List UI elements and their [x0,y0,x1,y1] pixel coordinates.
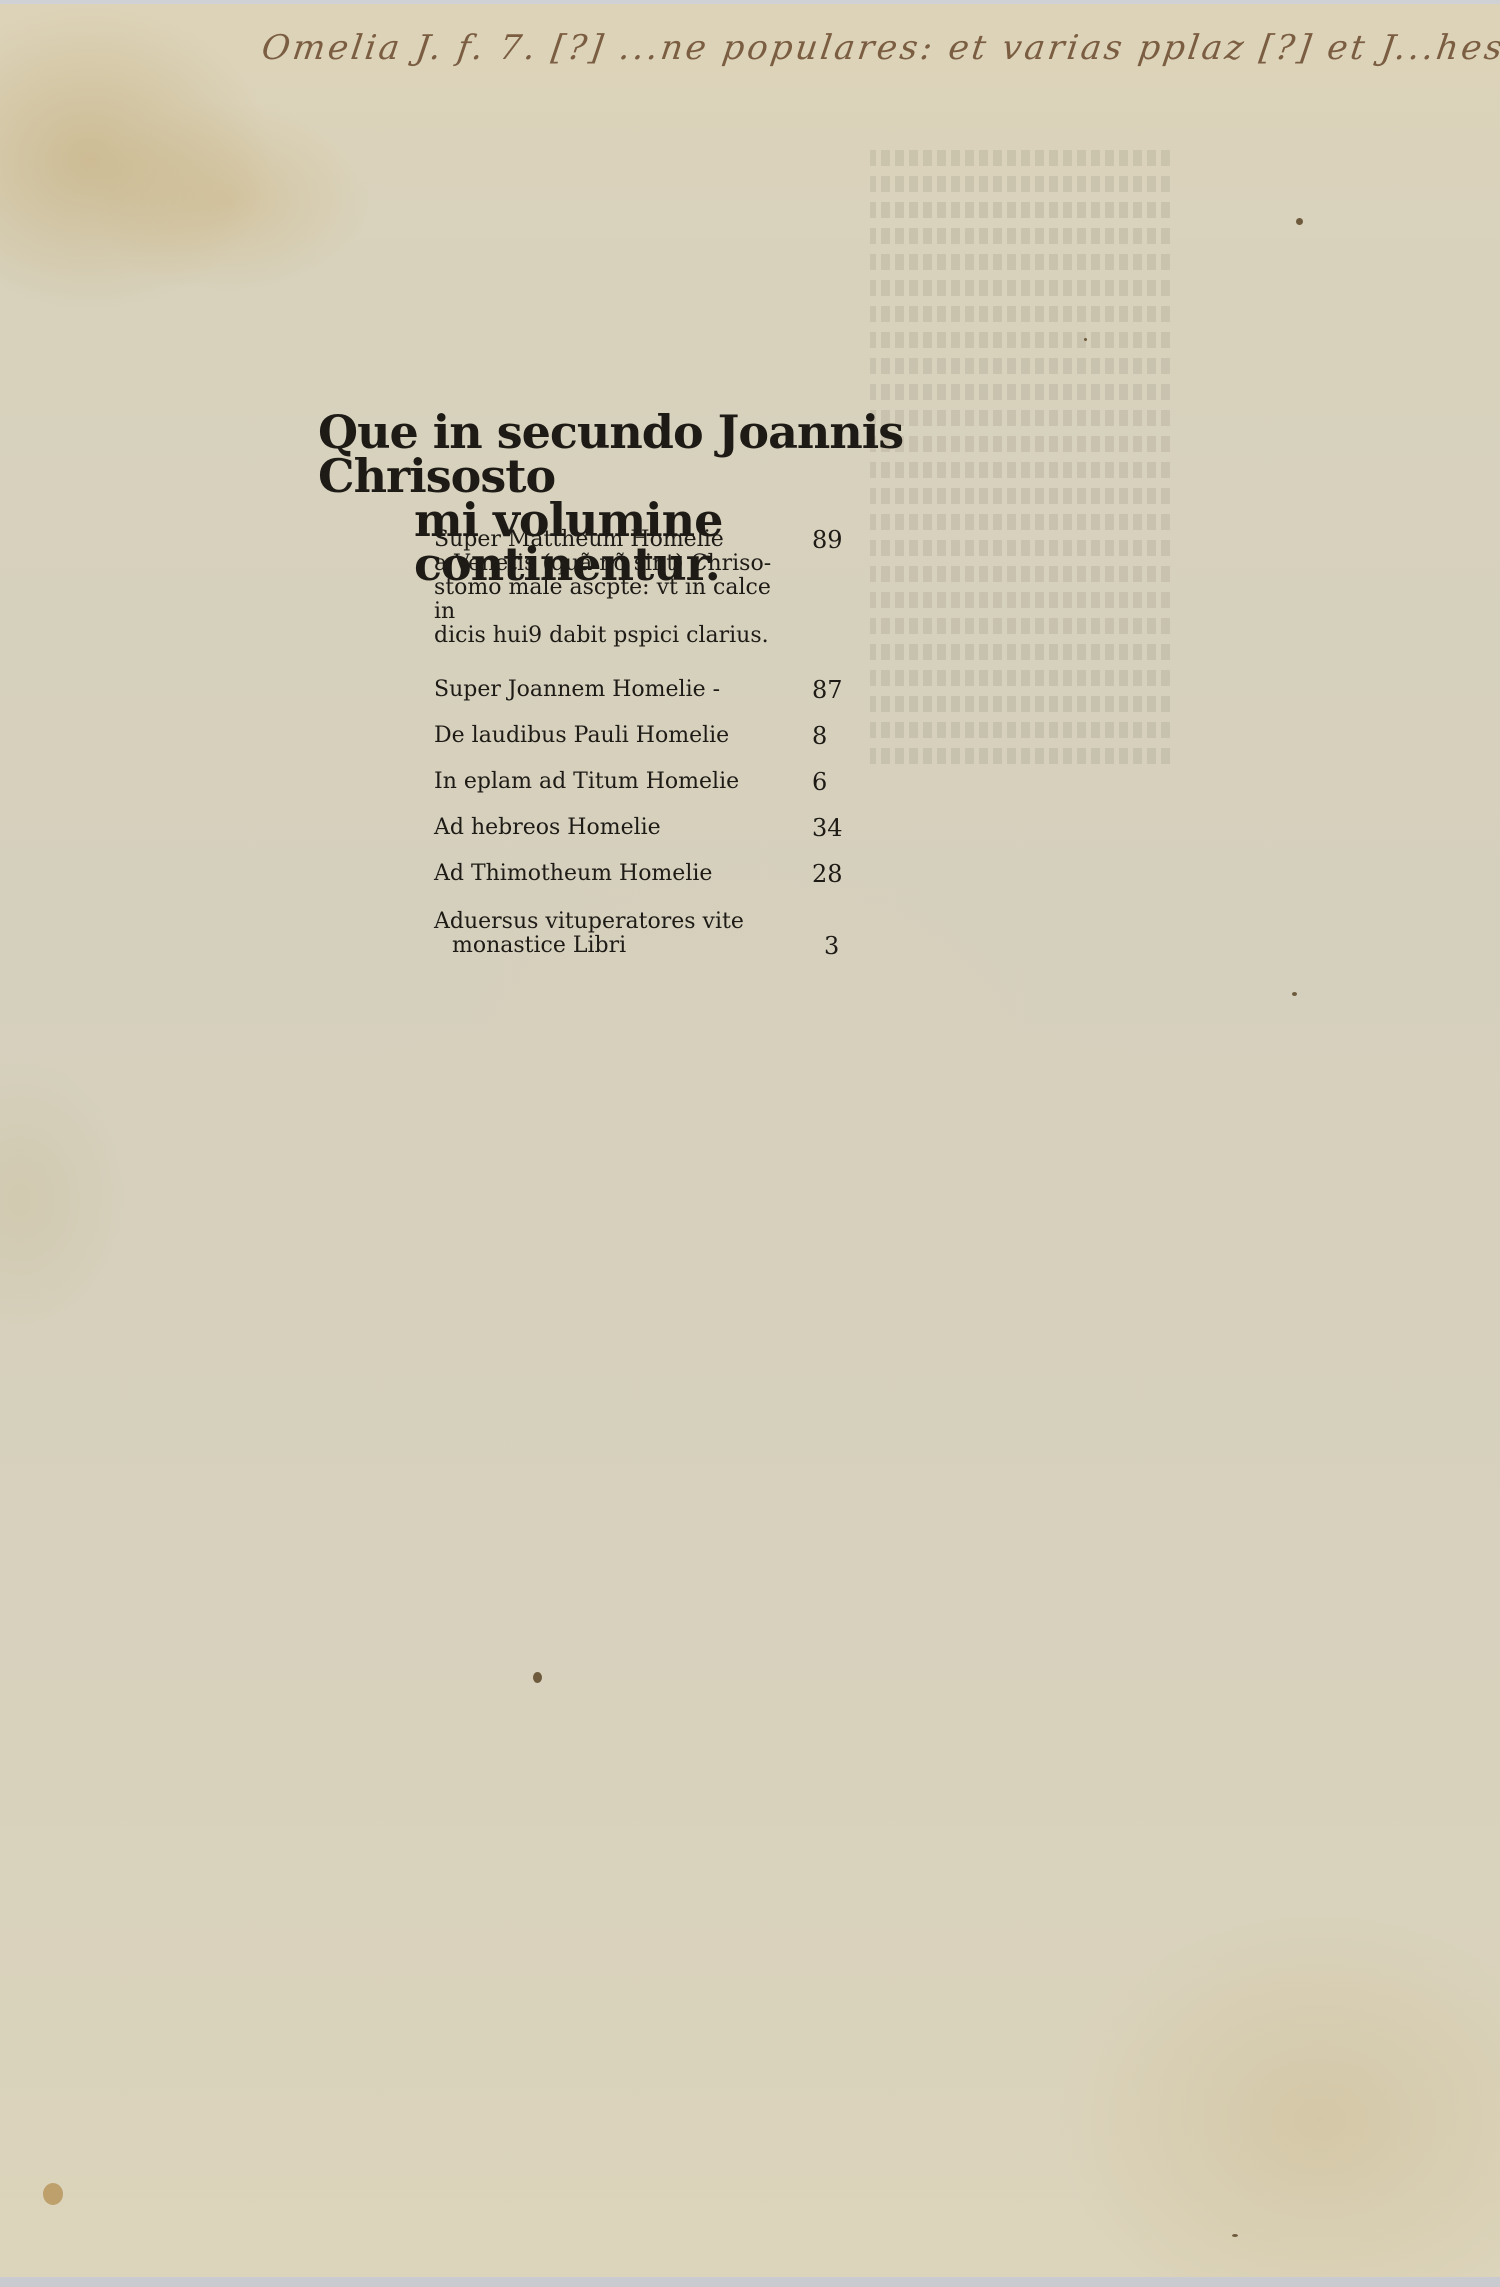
entry-label-line: Ad hebreos Homelie [434,816,774,840]
title-line-1: Que in secundo Joannis Chrisosto [318,410,1038,498]
foxing-speck [1232,2234,1238,2237]
entry-count: 89 [812,528,843,552]
entry-label-line: a Venetis (quã nõ sint) Chriso- [434,552,774,576]
contents-entry: Super Mattheum Homelie a Venetis (quã nõ… [434,528,864,648]
entry-label-line: In eplam ad Titum Homelie [434,770,774,794]
verso-show-through [870,140,1170,1070]
entry-label: De laudibus Pauli Homelie [434,724,774,748]
entry-count: 87 [812,678,843,702]
foxing-speck [43,2183,63,2205]
entry-label: In eplam ad Titum Homelie [434,770,774,794]
entry-label-line: Ad Thimotheum Homelie [434,862,774,886]
entry-label-line: Super Joannem Homelie - [434,678,774,702]
entry-label: Aduersus vituperatores vite monastice Li… [434,910,774,958]
entry-label: Super Mattheum Homelie a Venetis (quã nõ… [434,528,774,648]
entry-count: 8 [812,724,827,748]
entry-label: Ad hebreos Homelie [434,816,774,840]
entry-count: 34 [812,816,843,840]
entry-label-line: stomo male ascpte: vt in calce in [434,576,774,624]
paper-page: Omelia J. f. 7. [?] ...ne populares: et … [0,0,1500,2287]
foxing-speck [533,1672,542,1683]
contents-entry: De laudibus Pauli Homelie 8 [434,724,864,748]
foxing-speck [1292,992,1297,996]
handwritten-annotation: Omelia J. f. 7. [?] ...ne populares: et … [259,28,1245,68]
contents-list: Super Mattheum Homelie a Venetis (quã nõ… [434,528,864,980]
entry-label-line: monastice Libri [434,934,774,958]
foxing-speck [1296,218,1303,225]
contents-entry: Ad hebreos Homelie 34 [434,816,864,840]
entry-label: Ad Thimotheum Homelie [434,862,774,886]
entry-count: 28 [812,862,843,886]
entry-label: Super Joannem Homelie - [434,678,774,702]
entry-label-line: Aduersus vituperatores vite [434,910,774,934]
contents-entry: Aduersus vituperatores vite monastice Li… [434,910,864,958]
entry-count: 6 [812,770,827,794]
contents-entry: In eplam ad Titum Homelie 6 [434,770,864,794]
entry-count: 3 [824,934,839,958]
entry-label-line: dicis hui9 dabit pspici clarius. [434,624,774,648]
contents-entry: Super Joannem Homelie - 87 [434,678,864,702]
entry-label-line: Super Mattheum Homelie [434,528,774,552]
contents-entry: Ad Thimotheum Homelie 28 [434,862,864,886]
foxing-speck [1084,338,1087,341]
entry-label-line: De laudibus Pauli Homelie [434,724,774,748]
